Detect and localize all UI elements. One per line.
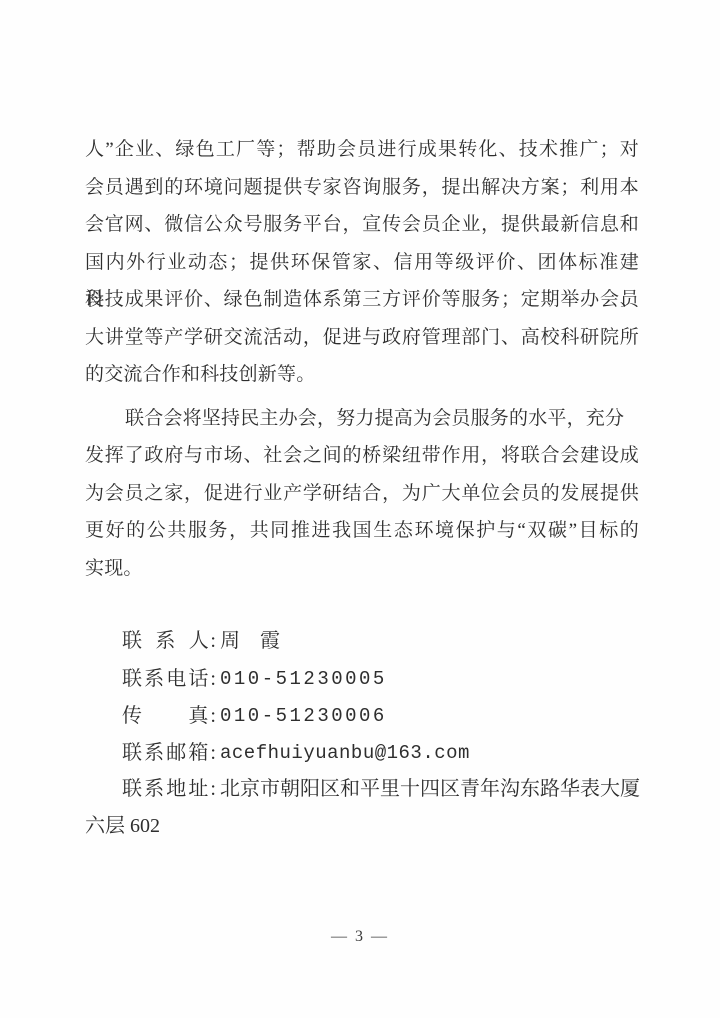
contact-address-label: 联系地址: [122, 771, 216, 808]
contact-email-label: 联系邮箱: [122, 735, 216, 772]
contact-person-label: 联 系 人: [122, 623, 216, 660]
text-line: 更好的公共服务，共同推进我国生态环境保护与“双碳”目标的 [85, 512, 639, 550]
contact-fax-row: 传 真:010-51230006 [85, 697, 639, 734]
text-line: 科技成果评价、绿色制造体系第三方评价等服务；定期举办会员 [85, 281, 639, 319]
document-page: 人”企业、绿色工厂等；帮助会员进行成果转化、技术推广；对 会员遇到的环境问题提供… [0, 0, 720, 1018]
contact-person-value: 周 霞 [220, 630, 280, 652]
contact-fax-value: 010-51230006 [220, 705, 387, 727]
page-number: — 3 — [0, 928, 720, 946]
contact-address-row: 联系地址:北京市朝阳区和平里十四区青年沟东路华表大厦 [85, 771, 639, 808]
text-line: 会官网、微信公众号服务平台，宣传会员企业，提供最新信息和 [85, 206, 639, 244]
text-line: 国内外行业动态；提供环保管家、信用等级评价、团体标准建设、 [85, 244, 639, 282]
text-line: 发挥了政府与市场、社会之间的桥梁纽带作用，将联合会建设成 [85, 437, 639, 475]
contact-email-row: 联系邮箱:acefhuiyuanbu@163.com [85, 734, 639, 771]
body-text-block: 人”企业、绿色工厂等；帮助会员进行成果转化、技术推广；对 会员遇到的环境问题提供… [85, 131, 639, 845]
contact-email-value: acefhuiyuanbu@163.com [220, 742, 470, 764]
text-line: 大讲堂等产学研交流活动，促进与政府管理部门、高校科研院所 [85, 319, 639, 357]
contact-address-continuation: 六层 602 [85, 808, 639, 845]
text-line: 人”企业、绿色工厂等；帮助会员进行成果转化、技术推广；对 [85, 131, 639, 169]
text-line: 联合会将坚持民主办会，努力提高为会员服务的水平，充分 [85, 400, 639, 438]
paragraph-1: 人”企业、绿色工厂等；帮助会员进行成果转化、技术推广；对 会员遇到的环境问题提供… [85, 131, 639, 394]
contact-person-row: 联 系 人:周 霞 [85, 623, 639, 660]
paragraph-2: 联合会将坚持民主办会，努力提高为会员服务的水平，充分 发挥了政府与市场、社会之间… [85, 400, 639, 588]
contact-block: 联 系 人:周 霞 联系电话:010-51230005 传 真:010-5123… [85, 623, 639, 845]
text-line: 为会员之家，促进行业产学研结合，为广大单位会员的发展提供 [85, 475, 639, 513]
contact-fax-label: 传 真: [122, 698, 216, 735]
text-line: 会员遇到的环境问题提供专家咨询服务，提出解决方案；利用本 [85, 169, 639, 207]
contact-phone-value: 010-51230005 [220, 668, 387, 690]
text-line: 的交流合作和科技创新等。 [85, 356, 639, 394]
contact-phone-row: 联系电话:010-51230005 [85, 660, 639, 697]
contact-phone-label: 联系电话: [122, 661, 216, 698]
text-line: 实现。 [85, 550, 639, 588]
contact-address-value: 北京市朝阳区和平里十四区青年沟东路华表大厦 [220, 778, 640, 800]
